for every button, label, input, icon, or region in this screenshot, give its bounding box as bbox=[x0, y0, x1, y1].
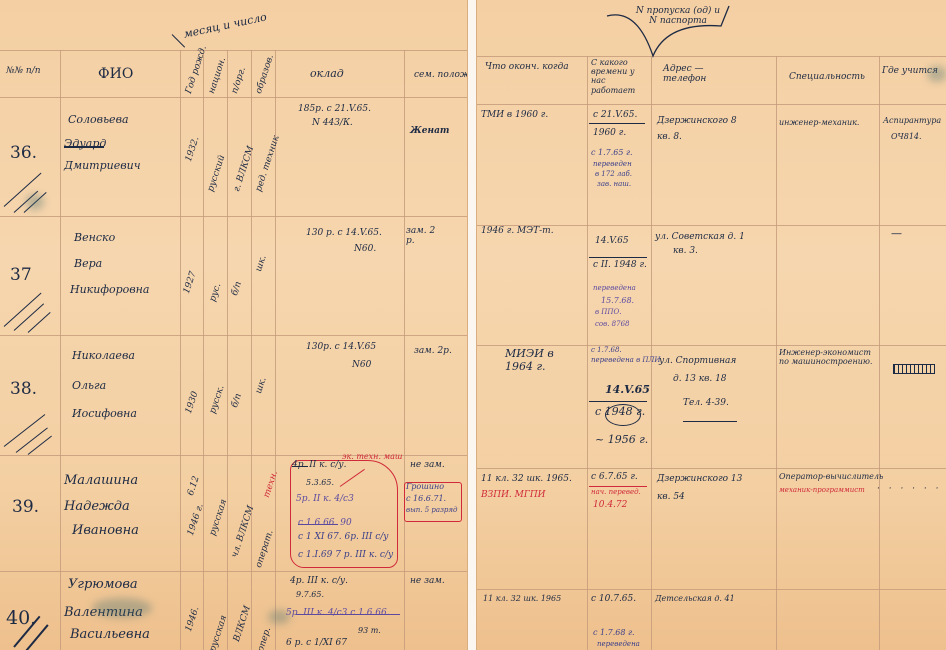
specialty-red: механик-программист bbox=[779, 486, 865, 494]
rule-line bbox=[0, 216, 467, 217]
salary-line: 5.3.65. bbox=[306, 478, 334, 487]
header-address: Адрес — телефон bbox=[663, 64, 743, 85]
salary-line: 5р. II к. 4/с3 bbox=[296, 494, 354, 504]
address: Дзержинского 13 bbox=[657, 474, 742, 484]
employment-date: 14.V.65 bbox=[595, 236, 629, 246]
salary-line: с 1 XI 67. 6р. III с/у bbox=[298, 532, 389, 542]
rule-line bbox=[0, 571, 467, 572]
employment-note: сов. 8768 bbox=[595, 320, 629, 328]
salary-line: 130 р. с 14.V.65. bbox=[306, 228, 382, 238]
header-education: образов. bbox=[254, 54, 276, 96]
row-number: 37 bbox=[10, 266, 32, 286]
column-divider bbox=[651, 56, 652, 650]
party: г. ВЛКСМ bbox=[232, 145, 257, 193]
header-birth-year: Год рожд. bbox=[184, 45, 209, 96]
birth-year: 1927 bbox=[182, 270, 199, 295]
education-extra: техн. bbox=[262, 470, 280, 500]
education: шк. bbox=[254, 376, 269, 395]
underline bbox=[683, 421, 737, 422]
salary-line: 185р. с 21.V.65. bbox=[298, 104, 371, 114]
column-divider bbox=[227, 50, 228, 650]
rule-line bbox=[477, 345, 946, 346]
marital-status: Женат bbox=[410, 126, 449, 136]
employment-note: зав. наш. bbox=[597, 180, 631, 188]
employment-date: с 21.V.65. bbox=[593, 110, 637, 120]
where-studies: — bbox=[891, 228, 902, 241]
surname: Николаева bbox=[72, 350, 135, 363]
salary-line: 9.7.65. bbox=[296, 590, 324, 599]
column-divider bbox=[180, 50, 181, 650]
header-nationality: национ. bbox=[207, 56, 228, 95]
education: опер. bbox=[256, 626, 274, 650]
specialty: Оператор-вычислитель bbox=[779, 472, 883, 481]
employment-note: 15.7.68. bbox=[601, 296, 634, 305]
address: кв. 3. bbox=[673, 246, 698, 256]
address: ул. Советская д. 1 bbox=[655, 232, 745, 242]
surname: Соловьева bbox=[68, 114, 129, 127]
column-divider bbox=[60, 50, 61, 650]
employment-date: с II. 1948 г. bbox=[593, 260, 647, 270]
party: б/п bbox=[230, 392, 244, 409]
strikethrough bbox=[64, 146, 104, 148]
column-divider bbox=[404, 50, 405, 650]
marital-status: зам. 2р. bbox=[414, 346, 452, 356]
tally-mark bbox=[4, 414, 46, 447]
circled-year bbox=[605, 404, 641, 426]
row-number: 39. bbox=[12, 498, 39, 518]
patronymic: Никифоровна bbox=[70, 284, 149, 297]
salary-line: N60 bbox=[352, 360, 371, 370]
graduated: ТМИ в 1960 г. bbox=[481, 110, 548, 120]
graduated: 11 кл. 32 шк. 1965 bbox=[483, 594, 561, 603]
salary-line: N 443/К. bbox=[312, 118, 353, 128]
header-graduated: Что оконч. когда bbox=[485, 62, 569, 72]
birth-year: 1946. bbox=[184, 605, 202, 633]
employment-note: переведена в ПЛИ bbox=[591, 356, 660, 364]
header-marital: сем. полож. bbox=[414, 70, 468, 80]
rule-line bbox=[0, 97, 467, 98]
salary-line: N60. bbox=[354, 244, 376, 254]
salary-line: 93 т. bbox=[358, 626, 381, 635]
employment-date: 14.V.65 bbox=[605, 384, 650, 397]
party: б/п bbox=[230, 280, 244, 297]
employment-note: в ППО. bbox=[595, 308, 621, 316]
birth-year: 1930 bbox=[184, 390, 201, 415]
birth-year: 1932. bbox=[184, 135, 202, 163]
rule-line bbox=[477, 468, 946, 469]
where-studies: · · · · · · bbox=[877, 484, 941, 494]
graduated-red: ВЗПИ. МГПИ bbox=[481, 490, 546, 500]
salary-line: с 1.I.69 7 р. III к. с/у bbox=[298, 550, 393, 560]
ink-stain bbox=[26, 194, 44, 210]
column-divider bbox=[776, 56, 777, 650]
nationality: рус. bbox=[208, 282, 224, 303]
strikethrough bbox=[292, 466, 308, 467]
column-divider bbox=[879, 56, 880, 650]
employment-note: переведен bbox=[593, 160, 632, 168]
where-studies: Аспирантура bbox=[883, 116, 941, 125]
graduated: 11 кл. 32 шк. 1965. bbox=[481, 474, 572, 484]
salary-line: 6 р. с 1/XI 67 bbox=[286, 638, 347, 648]
surname: Угрюмова bbox=[68, 578, 138, 593]
name: Ольга bbox=[72, 380, 106, 393]
nationality: русский bbox=[206, 154, 228, 193]
specialty: инженер-механик. bbox=[779, 118, 859, 127]
header-party: п/орг. bbox=[230, 66, 248, 95]
header-specialty: Специальность bbox=[789, 72, 865, 82]
where-studies: ОЧ814. bbox=[891, 132, 922, 141]
fraction-line bbox=[589, 257, 647, 258]
employment-note-red: 10.4.72 bbox=[593, 500, 627, 510]
graduated: МИЭИ в 1964 г. bbox=[505, 348, 575, 373]
column-divider bbox=[203, 50, 204, 650]
address: ул. Спортивная bbox=[659, 356, 736, 366]
employment-date: ~ 1956 г. bbox=[595, 434, 648, 447]
rule-line bbox=[477, 104, 946, 105]
header-num: №№ п/п bbox=[6, 66, 41, 76]
surname: Малашина bbox=[64, 474, 138, 489]
marital-status: зам. 2 р. bbox=[406, 226, 436, 247]
marital-note: Грошино bbox=[406, 482, 444, 491]
nationality: русск. bbox=[208, 384, 227, 415]
salary-line: 130р. с 14.V.65 bbox=[306, 342, 376, 352]
header-salary: оклад bbox=[310, 68, 344, 81]
fraction-line bbox=[589, 401, 647, 402]
header-employment-date: С какого времени у нас работает bbox=[591, 58, 649, 95]
employment-note: в 172 лаб. bbox=[595, 170, 632, 178]
rule-line bbox=[477, 589, 946, 590]
employment-note: с 1.7.65 г. bbox=[591, 148, 633, 157]
strikethrough bbox=[298, 524, 338, 525]
employment-date: 1960 г. bbox=[593, 128, 626, 138]
employment-note-red: нач. перевед. bbox=[591, 488, 641, 496]
left-page: месяц и число №№ п/п ФИО Год рожд. нацио… bbox=[0, 0, 468, 650]
stamp-mark bbox=[893, 364, 935, 374]
salary-line: 4р. III к. с/у. bbox=[290, 576, 348, 586]
name: Вера bbox=[74, 258, 102, 271]
marital-status: не зам. bbox=[410, 576, 445, 586]
row-number: 36. bbox=[10, 144, 37, 164]
marital-status: не зам. bbox=[410, 460, 445, 470]
strikethrough bbox=[296, 614, 400, 615]
row-number: 38. bbox=[10, 380, 37, 400]
fraction-line bbox=[589, 486, 647, 487]
surname: Венско bbox=[74, 232, 115, 245]
fraction-line bbox=[589, 123, 645, 124]
address: Тел. 4-39. bbox=[683, 398, 729, 408]
patronymic: Иосифовна bbox=[72, 408, 137, 421]
book-gutter bbox=[468, 0, 476, 650]
address: д. 13 кв. 18 bbox=[673, 374, 727, 384]
specialty: Инженер-экономист по машиностроению. bbox=[779, 348, 875, 366]
education: ред. техник bbox=[254, 134, 282, 193]
name: Эдуард bbox=[64, 138, 106, 151]
name: Надежда bbox=[64, 500, 130, 515]
right-page: N пропуска (од) и N паспорта Что оконч. … bbox=[476, 0, 946, 650]
birth-extra: 6.12 bbox=[186, 475, 202, 497]
rule-line bbox=[0, 335, 467, 336]
marital-note: с 16.6.71. bbox=[406, 494, 446, 503]
patronymic: Васильевна bbox=[70, 628, 150, 643]
column-divider bbox=[587, 56, 588, 650]
column-divider bbox=[251, 50, 252, 650]
address: кв. 54 bbox=[657, 492, 685, 502]
tally-mark bbox=[14, 303, 44, 331]
ink-stain bbox=[927, 66, 946, 82]
education: шк. bbox=[254, 254, 269, 273]
education: операт. bbox=[254, 529, 276, 569]
marital-note: вып. 5 разряд bbox=[406, 506, 457, 514]
patronymic: Ивановна bbox=[72, 524, 139, 539]
annotation-month-day: месяц и число bbox=[183, 11, 268, 41]
employment-note: с 1.7.68. bbox=[591, 346, 649, 354]
address: кв. 8. bbox=[657, 132, 682, 142]
ink-stain bbox=[92, 598, 152, 618]
header-fio: ФИО bbox=[98, 66, 133, 82]
annotation-arrow bbox=[597, 4, 737, 60]
party: чл. ВЛКСМ bbox=[230, 504, 257, 559]
employment-note: переведена bbox=[593, 284, 636, 292]
annotation-pointer bbox=[172, 34, 185, 47]
employment-date: с 6.7.65 г. bbox=[591, 472, 638, 482]
employment-note: с 1.7.68 г. bbox=[593, 628, 635, 637]
patronymic: Дмитриевич bbox=[64, 160, 141, 173]
employment-date: с 10.7.65. bbox=[591, 594, 636, 604]
employment-note: переведена bbox=[597, 640, 640, 648]
graduated: 1946 г. МЭТ-т. bbox=[481, 226, 554, 236]
address: Детсельская д. 41 bbox=[655, 594, 735, 603]
address: Дзержинского 8 bbox=[657, 116, 737, 126]
rule-line bbox=[0, 50, 467, 51]
